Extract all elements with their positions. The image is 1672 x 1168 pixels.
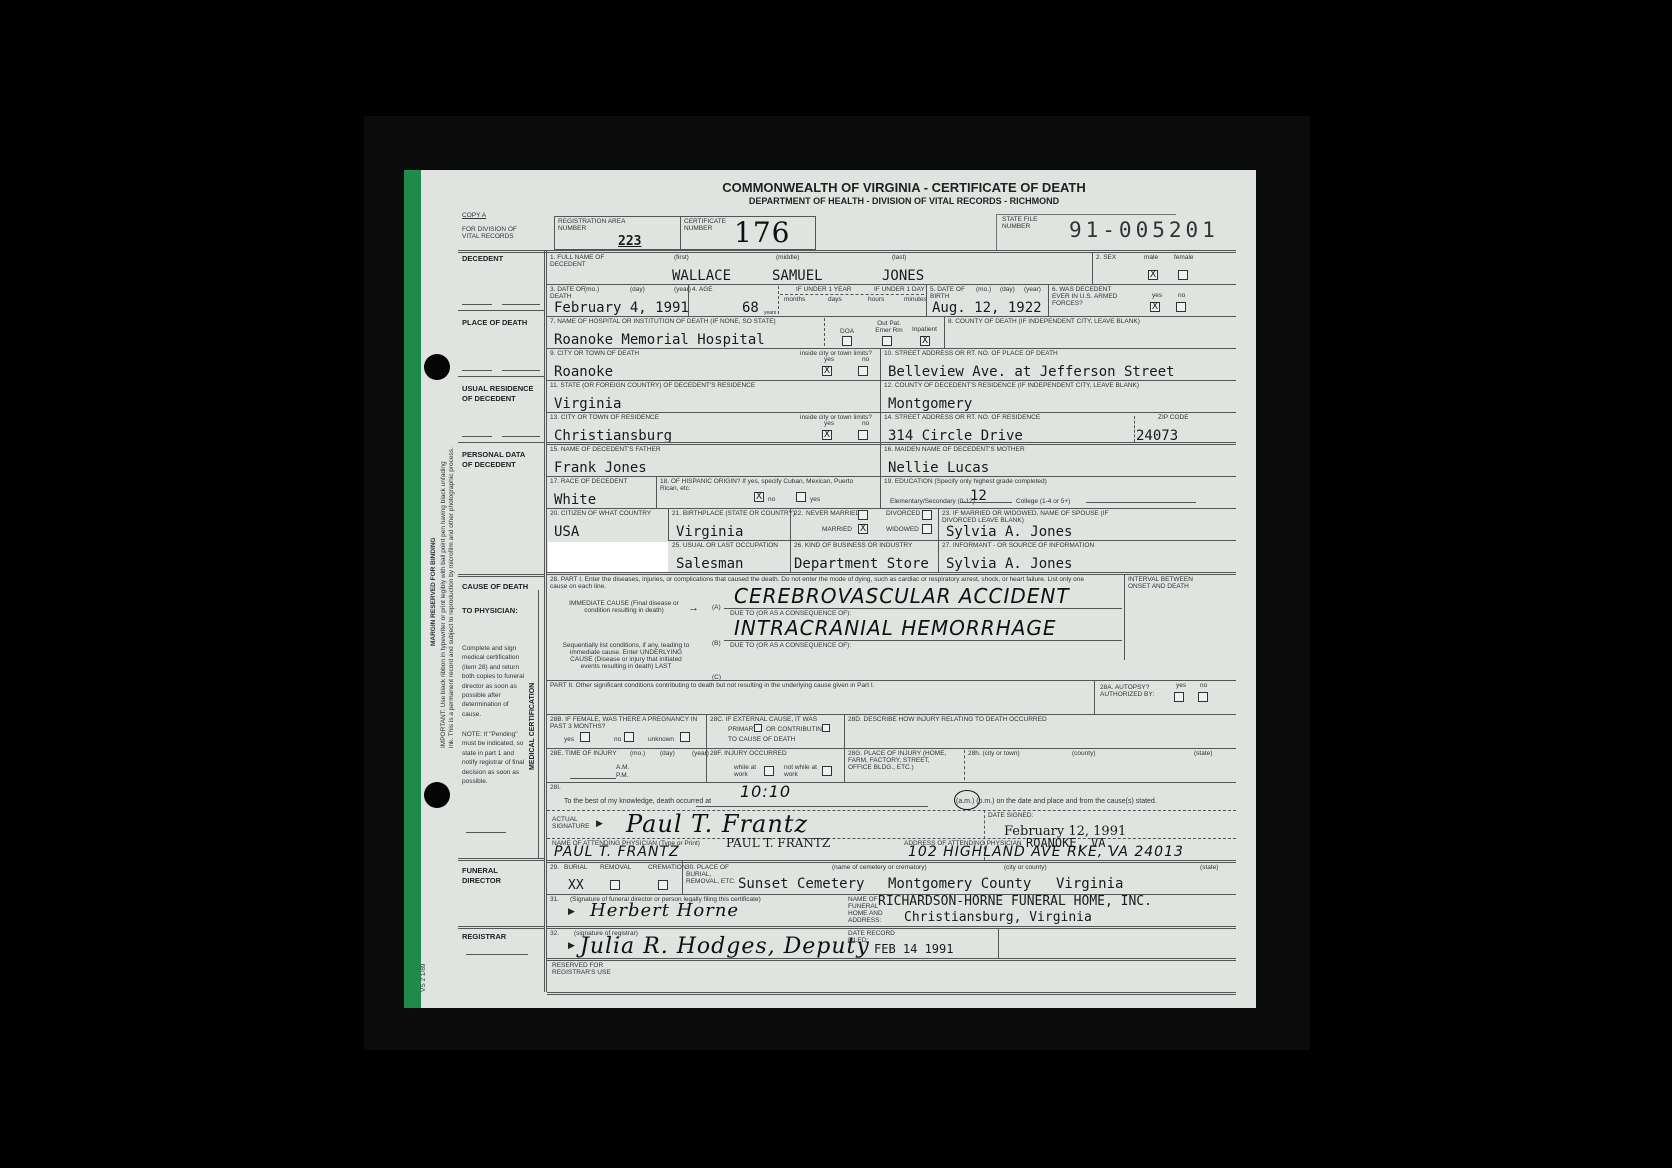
field-21-label: 21. BIRTHPLACE (state or country) xyxy=(672,510,795,517)
part2-label: PART II. Other significant conditions co… xyxy=(550,682,874,689)
married-checkbox[interactable]: X xyxy=(858,524,868,534)
field-17-label: 17. RACE OF DECEDENT xyxy=(550,478,627,485)
day-label: (day) xyxy=(1000,286,1015,293)
yes-label: yes xyxy=(1152,292,1162,299)
autopsy-yes-checkbox[interactable] xyxy=(1174,692,1184,702)
city-county-label: (city or county) xyxy=(1004,864,1047,871)
business-industry: Department Store xyxy=(794,556,929,572)
physician-instructions: Complete and sign medical certification … xyxy=(462,644,526,719)
doa-checkbox[interactable] xyxy=(842,336,852,346)
date-record-filed: FEB 14 1991 xyxy=(874,942,953,956)
field-13-label: 13. CITY OR TOWN OF RESIDENCE xyxy=(550,414,659,421)
city-of-death: Roanoke xyxy=(554,364,613,380)
section-decedent: DECEDENT xyxy=(462,254,503,264)
yes-label: yes xyxy=(810,496,820,503)
not-while-at-work-label: not while at work xyxy=(784,764,818,778)
mother-maiden-name: Nellie Lucas xyxy=(888,460,989,476)
hispanic-yes-checkbox[interactable] xyxy=(796,492,806,502)
burial-mark[interactable]: XX xyxy=(568,878,584,893)
section-to-physician: TO PHYSICIAN: xyxy=(462,606,532,616)
field-2-label: 2. SEX xyxy=(1096,254,1116,261)
pregnancy-unknown-checkbox[interactable] xyxy=(680,732,690,742)
field-22-label: 22. xyxy=(794,510,803,517)
medical-certification-label: MEDICAL CERTIFICATION xyxy=(528,683,538,770)
field-1-label: 1. FULL NAME OF DECEDENT xyxy=(550,254,630,268)
margin-important-line2: ink. This is a permanent record and subj… xyxy=(448,447,455,748)
armed-forces-no-checkbox[interactable] xyxy=(1176,302,1186,312)
sequential-label: Sequentially list conditions, if any, le… xyxy=(562,642,690,670)
mo-label: (mo.) xyxy=(976,286,991,293)
field-27-label: 27. INFORMANT - OR SOURCE OF INFORMATION xyxy=(942,542,1094,549)
spouse-name: Sylvia A. Jones xyxy=(946,524,1072,540)
first-label: (first) xyxy=(674,254,689,261)
months-label: months xyxy=(784,296,805,303)
hours-label: hours xyxy=(868,296,884,303)
field-28b-label: 28b. IF FEMALE, WAS THERE A PREGNANCY IN… xyxy=(550,716,700,730)
cemetery-label: (name of cemetery or crematory) xyxy=(832,864,927,871)
section-registrar: REGISTRAR xyxy=(462,932,506,942)
residence-limits-yes-checkbox[interactable]: X xyxy=(822,430,832,440)
field-28h-label: 28h. (city or town) xyxy=(968,750,1020,757)
field-8-label: 8. COUNTY OF DEATH (if independent city,… xyxy=(948,318,1140,325)
section-cause-of-death: CAUSE OF DEATH xyxy=(462,582,528,592)
father-name: Frank Jones xyxy=(554,460,647,476)
field-28e-label: 28e. TIME OF INJURY xyxy=(550,750,617,757)
residence-limits-no-checkbox[interactable] xyxy=(858,430,868,440)
widowed-label: WIDOWED xyxy=(886,526,919,533)
physician-name-handwritten: PAUL T. FRANTZ xyxy=(554,844,680,860)
field-19-label: 19. EDUCATION (Specify only highest grad… xyxy=(884,478,1047,485)
field-32-label: 32. xyxy=(550,930,559,937)
not-while-at-work-checkbox[interactable] xyxy=(822,766,832,776)
death-certificate: MARGIN RESERVED FOR BINDING IMPORTANT: U… xyxy=(404,170,1256,1008)
middle-label: (middle) xyxy=(776,254,799,261)
field-18-label: 18. OF HISPANIC ORIGIN? If yes, specify … xyxy=(660,478,860,492)
inpatient-checkbox[interactable]: X xyxy=(920,336,930,346)
yes-label: yes xyxy=(824,420,834,427)
field-26-label: 26. KIND OF BUSINESS OR INDUSTRY xyxy=(794,542,912,549)
margin-binding-text: MARGIN RESERVED FOR BINDING xyxy=(430,537,437,646)
divorced-label: DIVORCED xyxy=(886,510,920,517)
days-label: days xyxy=(828,296,842,303)
while-at-work-label: while at work xyxy=(734,764,764,778)
hospital-name: Roanoke Memorial Hospital xyxy=(554,332,765,348)
decedent-last-name: JONES xyxy=(882,268,924,284)
cremation-label: CREMATION xyxy=(648,864,687,871)
form-code: VS 2 1/89 xyxy=(420,963,427,992)
yes-label: yes xyxy=(1176,682,1186,689)
field-25-label: 25. USUAL OR LAST OCCUPATION xyxy=(672,542,778,549)
residence-state: Virginia xyxy=(554,396,621,412)
physician-signature: Paul T. Frantz xyxy=(626,810,808,838)
punch-hole-icon xyxy=(424,782,450,808)
burial-label: BURIAL xyxy=(564,864,587,871)
minutes-label: minutes xyxy=(904,296,927,303)
triangle-right-icon: ▶ xyxy=(568,906,575,917)
certificate-title: COMMONWEALTH OF VIRGINIA - CERTIFICATE O… xyxy=(634,180,1174,195)
death-street-address: Belleview Ave. at Jefferson Street xyxy=(888,364,1175,380)
informant: Sylvia A. Jones xyxy=(946,556,1072,572)
under-year-label: IF UNDER 1 YEAR xyxy=(796,286,852,293)
copy-for-label: FOR DIVISION OF VITAL RECORDS xyxy=(462,226,532,240)
field-28i-label: 28i. xyxy=(550,784,561,791)
cause-b-label: (B) xyxy=(712,640,721,647)
removal-label: REMOVAL xyxy=(600,864,631,871)
physician-name-typed: PAUL T. FRANTZ xyxy=(726,836,830,850)
pregnancy-no-checkbox[interactable] xyxy=(624,732,634,742)
while-at-work-checkbox[interactable] xyxy=(764,766,774,776)
decedent-first-name: WALLACE xyxy=(672,268,731,284)
sex-male-checkbox[interactable]: X xyxy=(1148,270,1158,280)
immediate-cause-label: IMMEDIATE CAUSE (Final disease or condit… xyxy=(564,600,684,614)
under-day-label: IF UNDER 1 DAY xyxy=(874,286,925,293)
field-28g-label: 28g. PLACE OF INJURY (home, farm, factor… xyxy=(848,750,948,771)
unknown-label: unknown xyxy=(648,736,674,743)
field-6-label: 6. WAS DECEDENT EVER IN U.S. ARMED FORCE… xyxy=(1052,286,1126,307)
am-label: A.M. xyxy=(616,764,629,771)
field-20-label: 20. CITIZEN OF WHAT COUNTRY xyxy=(550,510,651,517)
field-16-label: 16. MAIDEN NAME OF DECEDENT'S MOTHER xyxy=(884,446,1025,453)
cemetery-name: Sunset Cemetery xyxy=(738,876,864,892)
autopsy-no-checkbox[interactable] xyxy=(1198,692,1208,702)
state-file-label: STATE FILE NUMBER xyxy=(1002,216,1052,230)
female-label: female xyxy=(1174,254,1194,261)
college-label: College (1-4 or 5+) xyxy=(1016,498,1070,505)
field-31-label: 31. xyxy=(550,896,559,903)
death-limits-yes-checkbox[interactable]: X xyxy=(822,366,832,376)
field-10-label: 10. STREET ADDRESS OR RT. NO. OF PLACE O… xyxy=(884,350,1058,357)
zip-label: ZIP CODE xyxy=(1158,414,1189,421)
section-personal-data: PERSONAL DATA OF DECEDENT xyxy=(462,450,532,470)
state-label: (state) xyxy=(1194,750,1212,757)
physician-address-handwritten: 102 HIGHLAND AVE RKE, VA 24013 xyxy=(908,844,1184,860)
no-label: no xyxy=(614,736,621,743)
reserved-label: RESERVED FOR REGISTRAR'S USE xyxy=(552,962,622,976)
no-label: no xyxy=(768,496,775,503)
yes-label: yes xyxy=(824,356,834,363)
autopsy-label: 28a. AUTOPSY? AUTHORIZED BY: xyxy=(1100,684,1160,698)
residence-county: Montgomery xyxy=(888,396,972,412)
sex-female-checkbox[interactable] xyxy=(1178,270,1188,280)
field-23-label: 23. IF MARRIED OR WIDOWED, NAME OF SPOUS… xyxy=(942,510,1142,524)
margin-important-line1: IMPORTANT: Use black ribbon in typewrite… xyxy=(440,461,447,748)
widowed-checkbox[interactable] xyxy=(922,524,932,534)
contributing-checkbox[interactable] xyxy=(822,724,830,732)
knowledge-statement: To the best of my knowledge, death occur… xyxy=(564,798,711,805)
hispanic-no-checkbox[interactable]: X xyxy=(754,492,764,502)
contributing-label: or CONTRIBUTING xyxy=(766,726,827,733)
birthplace: Virginia xyxy=(676,524,743,540)
field-29-label: 29. xyxy=(550,864,559,871)
copy-label: COPY A xyxy=(462,212,486,219)
cause-b: INTRACRANIAL HEMORRHAGE xyxy=(734,616,1057,640)
married-label: MARRIED xyxy=(822,526,852,533)
male-label: male xyxy=(1144,254,1158,261)
registration-area-number: 223 xyxy=(618,234,641,249)
date-of-birth: Aug. 12, 1922 xyxy=(932,300,1042,316)
date-signed-label: DATE SIGNED: xyxy=(988,812,1033,819)
mo-label: (mo.) xyxy=(584,286,599,293)
due-to-label: DUE TO (OR AS A CONSEQUENCE OF): xyxy=(730,642,851,649)
green-binding-strip xyxy=(404,170,421,1008)
certificate-subtitle: DEPARTMENT OF HEALTH - DIVISION OF VITAL… xyxy=(634,196,1174,206)
field-5-label: 5. DATE OF BIRTH xyxy=(930,286,970,300)
decedent-middle-name: SAMUEL xyxy=(772,268,823,284)
year-label: (year) xyxy=(1024,286,1041,293)
pregnancy-yes-checkbox[interactable] xyxy=(580,732,590,742)
section-usual-residence: USUAL RESIDENCE OF DECEDENT xyxy=(462,384,542,404)
race: White xyxy=(554,492,596,508)
occupation: Salesman xyxy=(676,556,743,572)
no-label: no xyxy=(862,356,869,363)
cemetery-county: Montgomery County xyxy=(888,876,1031,892)
triangle-right-icon: ▶ xyxy=(596,818,603,829)
funeral-home-address: Christiansburg, Virginia xyxy=(904,910,1092,925)
field-14-label: 14. STREET ADDRESS OR RT. NO. OF RESIDEN… xyxy=(884,414,1040,421)
arrow-right-icon: → xyxy=(688,602,699,614)
cause-a-label: (A) xyxy=(712,604,721,611)
yes-label: yes xyxy=(564,736,574,743)
time-of-death: 10:10 xyxy=(740,782,791,801)
age-value: 68 xyxy=(742,300,759,316)
field-11-label: 11. STATE (OR FOREIGN COUNTRY) OF DECEDE… xyxy=(550,382,755,389)
mo-label: (mo.) xyxy=(630,750,645,757)
state-label: (state) xyxy=(1200,864,1218,871)
field-28f-label: 28f. INJURY OCCURRED xyxy=(710,750,787,757)
signature-label: ACTUAL SIGNATURE xyxy=(552,816,592,830)
field-28c-label: 28c. IF EXTERNAL CAUSE, IT WAS xyxy=(710,716,817,723)
funeral-home-name: RICHARDSON-HORNE FUNERAL HOME, INC. xyxy=(878,894,1152,909)
doa-label: DOA xyxy=(840,328,854,335)
divorced-checkbox[interactable] xyxy=(922,510,932,520)
cause-of-death-label: TO CAUSE OF DEATH xyxy=(728,736,795,743)
no-label: no xyxy=(1200,682,1207,689)
pending-note: NOTE: If "Pending" must be indicated, so… xyxy=(462,730,526,786)
triangle-right-icon: ▶ xyxy=(568,940,575,951)
date-of-death: February 4, 1991 xyxy=(554,300,689,316)
no-label: no xyxy=(862,420,869,427)
punch-hole-icon xyxy=(424,354,450,380)
last-label: (last) xyxy=(892,254,906,261)
field-30-label: 30. PLACE OF BURIAL, REMOVAL, ETC. xyxy=(686,864,736,885)
death-limits-no-checkbox[interactable] xyxy=(858,366,868,376)
redacted-field-24 xyxy=(548,542,668,572)
field-15-label: 15. NAME OF DECEDENT'S FATHER xyxy=(550,446,661,453)
field-4-label: 4. AGE xyxy=(692,286,713,293)
removal-checkbox[interactable] xyxy=(610,880,620,890)
field-7-label: 7. NAME OF HOSPITAL OR INSTITUTION OF DE… xyxy=(550,318,776,325)
field-12-label: 12. COUNTY OF DECEDENT'S RESIDENCE (if i… xyxy=(884,382,1139,389)
cause-a: CEREBROVASCULAR ACCIDENT xyxy=(734,584,1070,608)
outpat-label: Out Pat. Emer Rm xyxy=(872,320,906,334)
registration-area-label: REGISTRATION AREA NUMBER xyxy=(558,218,628,232)
pm-label: P.M. xyxy=(616,772,629,779)
funeral-director-signature: Herbert Horne xyxy=(590,900,739,921)
never-married-label: NEVER MARRIED xyxy=(806,510,860,517)
armed-forces-yes-checkbox[interactable]: X xyxy=(1150,302,1160,312)
day-label: (day) xyxy=(660,750,675,757)
county-label: (county) xyxy=(1072,750,1095,757)
certificate-number: 176 xyxy=(734,216,790,249)
cemetery-state: Virginia xyxy=(1056,876,1123,892)
ampm-statement: (a.m.) (p.m.) on the date and place and … xyxy=(956,798,1157,805)
inpatient-label: Inpatient xyxy=(912,326,937,333)
section-place-of-death: PLACE OF DEATH xyxy=(462,318,532,328)
never-married-checkbox[interactable] xyxy=(858,510,868,520)
no-label: no xyxy=(1178,292,1185,299)
registrar-signature: Julia R. Hodges, Deputy xyxy=(580,934,870,959)
field-9-label: 9. CITY OR TOWN OF DEATH xyxy=(550,350,639,357)
day-label: (day) xyxy=(630,286,645,293)
cremation-checkbox[interactable] xyxy=(658,880,668,890)
interval-label: INTERVAL BETWEEN ONSET AND DEATH xyxy=(1128,576,1198,590)
state-file-number: 91-005201 xyxy=(1069,218,1219,242)
primary-checkbox[interactable] xyxy=(754,724,762,732)
field-28d-label: 28d. DESCRIBE HOW INJURY RELATING TO DEA… xyxy=(848,716,1047,723)
section-funeral-director: FUNERAL DIRECTOR xyxy=(462,866,532,886)
citizenship: USA xyxy=(554,524,579,540)
outpatient-checkbox[interactable] xyxy=(882,336,892,346)
